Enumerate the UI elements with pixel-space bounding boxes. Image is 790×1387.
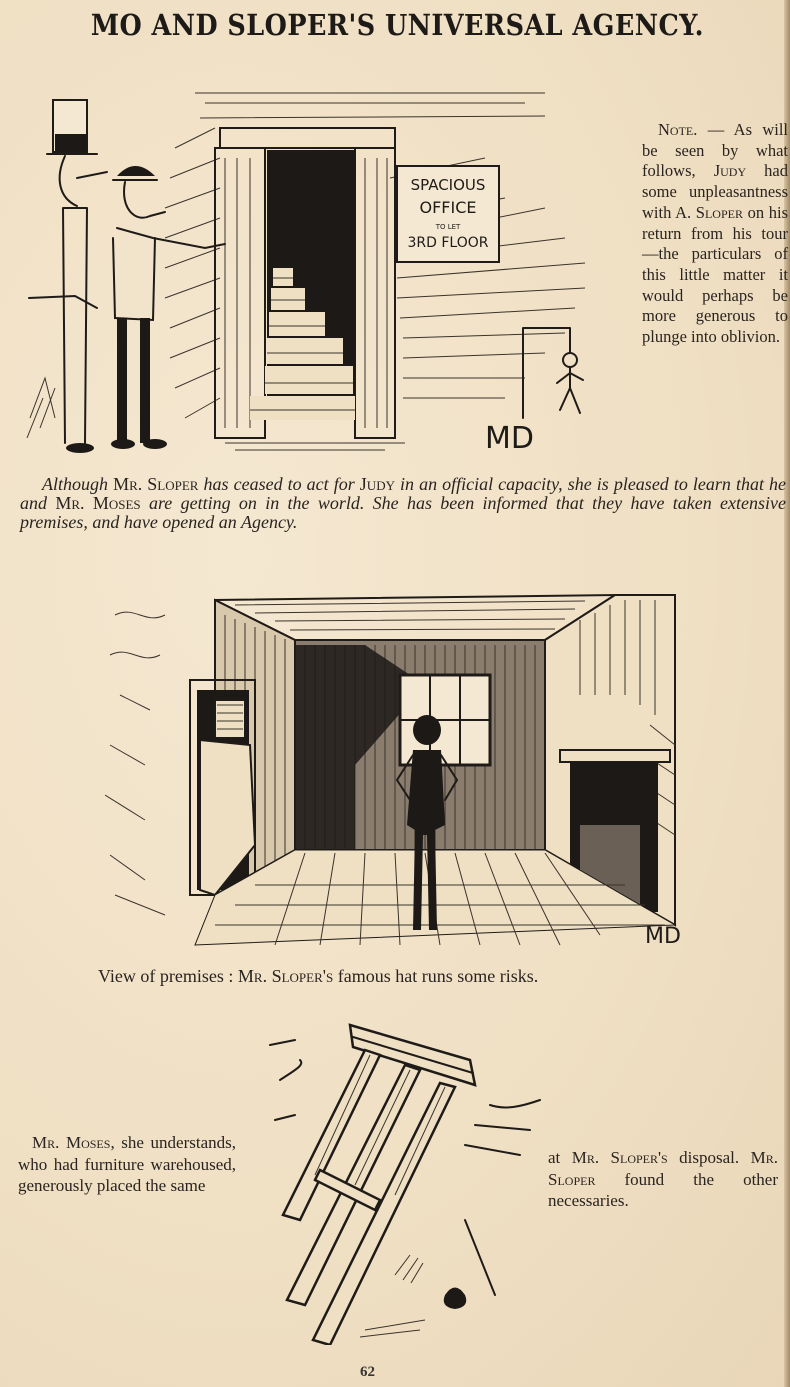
name-mr-moses: Mr. Moses [32, 1133, 110, 1152]
illustration-doorway: SPACIOUS OFFICE TO LET 3RD FLOOR MD [25, 88, 615, 463]
illustration-caption: View of premises : Mr. Sloper's famous h… [98, 965, 708, 987]
name-judy: Judy [360, 474, 395, 494]
name-judy: Judy [714, 161, 746, 180]
right-column-text: at Mr. Sloper's disposal. Mr. Sloper fou… [548, 1147, 778, 1212]
illustration-room-interior: MD [105, 585, 690, 955]
left-column-text: Mr. Moses, she understands, who had furn… [18, 1132, 236, 1197]
svg-text:OFFICE: OFFICE [420, 198, 477, 217]
svg-text:TO LET: TO LET [435, 223, 461, 231]
intro-paragraph: Although Mr. Sloper has ceased to act fo… [20, 475, 786, 532]
svg-text:MD: MD [485, 421, 534, 456]
name-mr-moses: Mr. Moses [55, 493, 140, 513]
note-lead: Note. [658, 120, 697, 139]
page-number: 62 [360, 1364, 375, 1381]
illustration-falling-stool [255, 1015, 545, 1345]
note-paragraph: Note. — As will be seen by what follows,… [642, 120, 788, 348]
name-mr-sloper: Mr. Sloper [113, 474, 198, 494]
name-sloper: Sloper [696, 203, 743, 222]
name-mr-sloper: Mr. Sloper's [572, 1148, 668, 1167]
svg-text:3RD FLOOR: 3RD FLOOR [408, 235, 489, 251]
page-title: MO AND SLOPER'S UNIVERSAL AGENCY. [50, 8, 745, 42]
svg-text:MD: MD [645, 924, 681, 949]
name-mr-sloper: Mr. Sloper's [238, 966, 333, 986]
svg-text:SPACIOUS: SPACIOUS [411, 176, 486, 194]
